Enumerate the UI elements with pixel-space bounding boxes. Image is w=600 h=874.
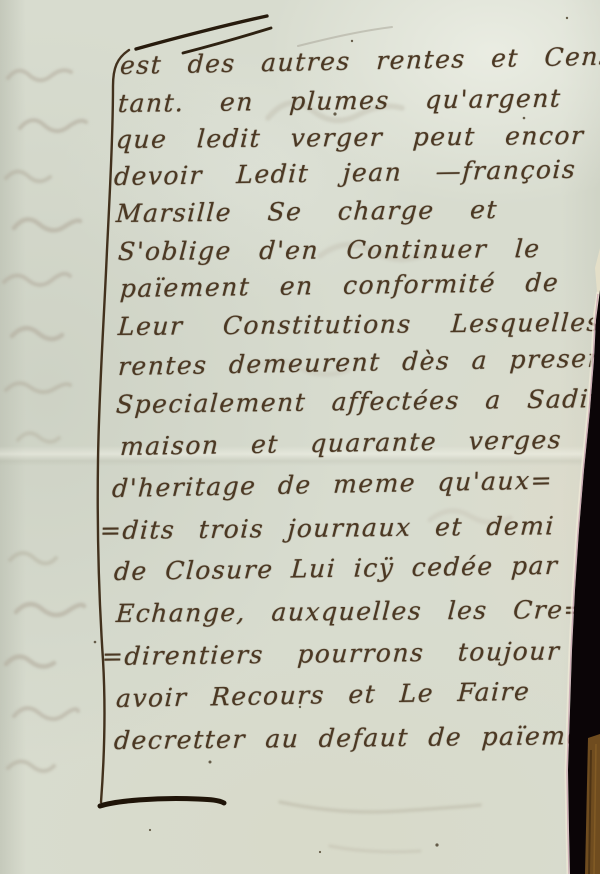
manuscript-line-10: Specialement affectées a Saditte — [115, 384, 600, 420]
manuscript-line-1: est des autres rentes et Cens — [119, 42, 600, 82]
manuscript-line-15: Echange, auxquelles les Cre= — [115, 595, 587, 629]
manuscript-line-9: rentes demeurent dès a present — [117, 343, 600, 382]
torn-page-edge — [538, 0, 600, 874]
manuscript-line-3: que ledit verger peut encor — [115, 121, 585, 155]
manuscript-line-5: Marsille Se charge et — [115, 195, 499, 229]
manuscript-line-13: =dits trois journaux et demi — [99, 511, 556, 546]
manuscript-line-8: Leur Constitutions Lesquelles — [117, 308, 600, 342]
manuscript-page: est des autres rentes et Censtant. en pl… — [0, 0, 600, 874]
manuscript-line-12: d'heritage de meme qu'aux= — [111, 466, 554, 505]
manuscript-line-17: avoir Recours et Le Faire — [115, 677, 531, 714]
manuscript-text-block: est des autres rentes et Censtant. en pl… — [0, 0, 600, 874]
manuscript-line-11: maison et quarante verges — [119, 425, 563, 462]
manuscript-line-7: païement en conformité de — [119, 268, 560, 304]
manuscript-line-14: de Closure Lui icÿ cedée par — [113, 551, 559, 587]
manuscript-line-16: =direntiers pourrons toujour — [101, 636, 561, 672]
manuscript-line-4: devoir Ledit jean —françois — [113, 155, 577, 192]
manuscript-line-6: S'oblige d'en Continuer le — [117, 234, 541, 267]
manuscript-line-2: tant. en plumes qu'argent — [117, 84, 562, 119]
manuscript-line-18: decretter au defaut de païement — [113, 721, 600, 756]
